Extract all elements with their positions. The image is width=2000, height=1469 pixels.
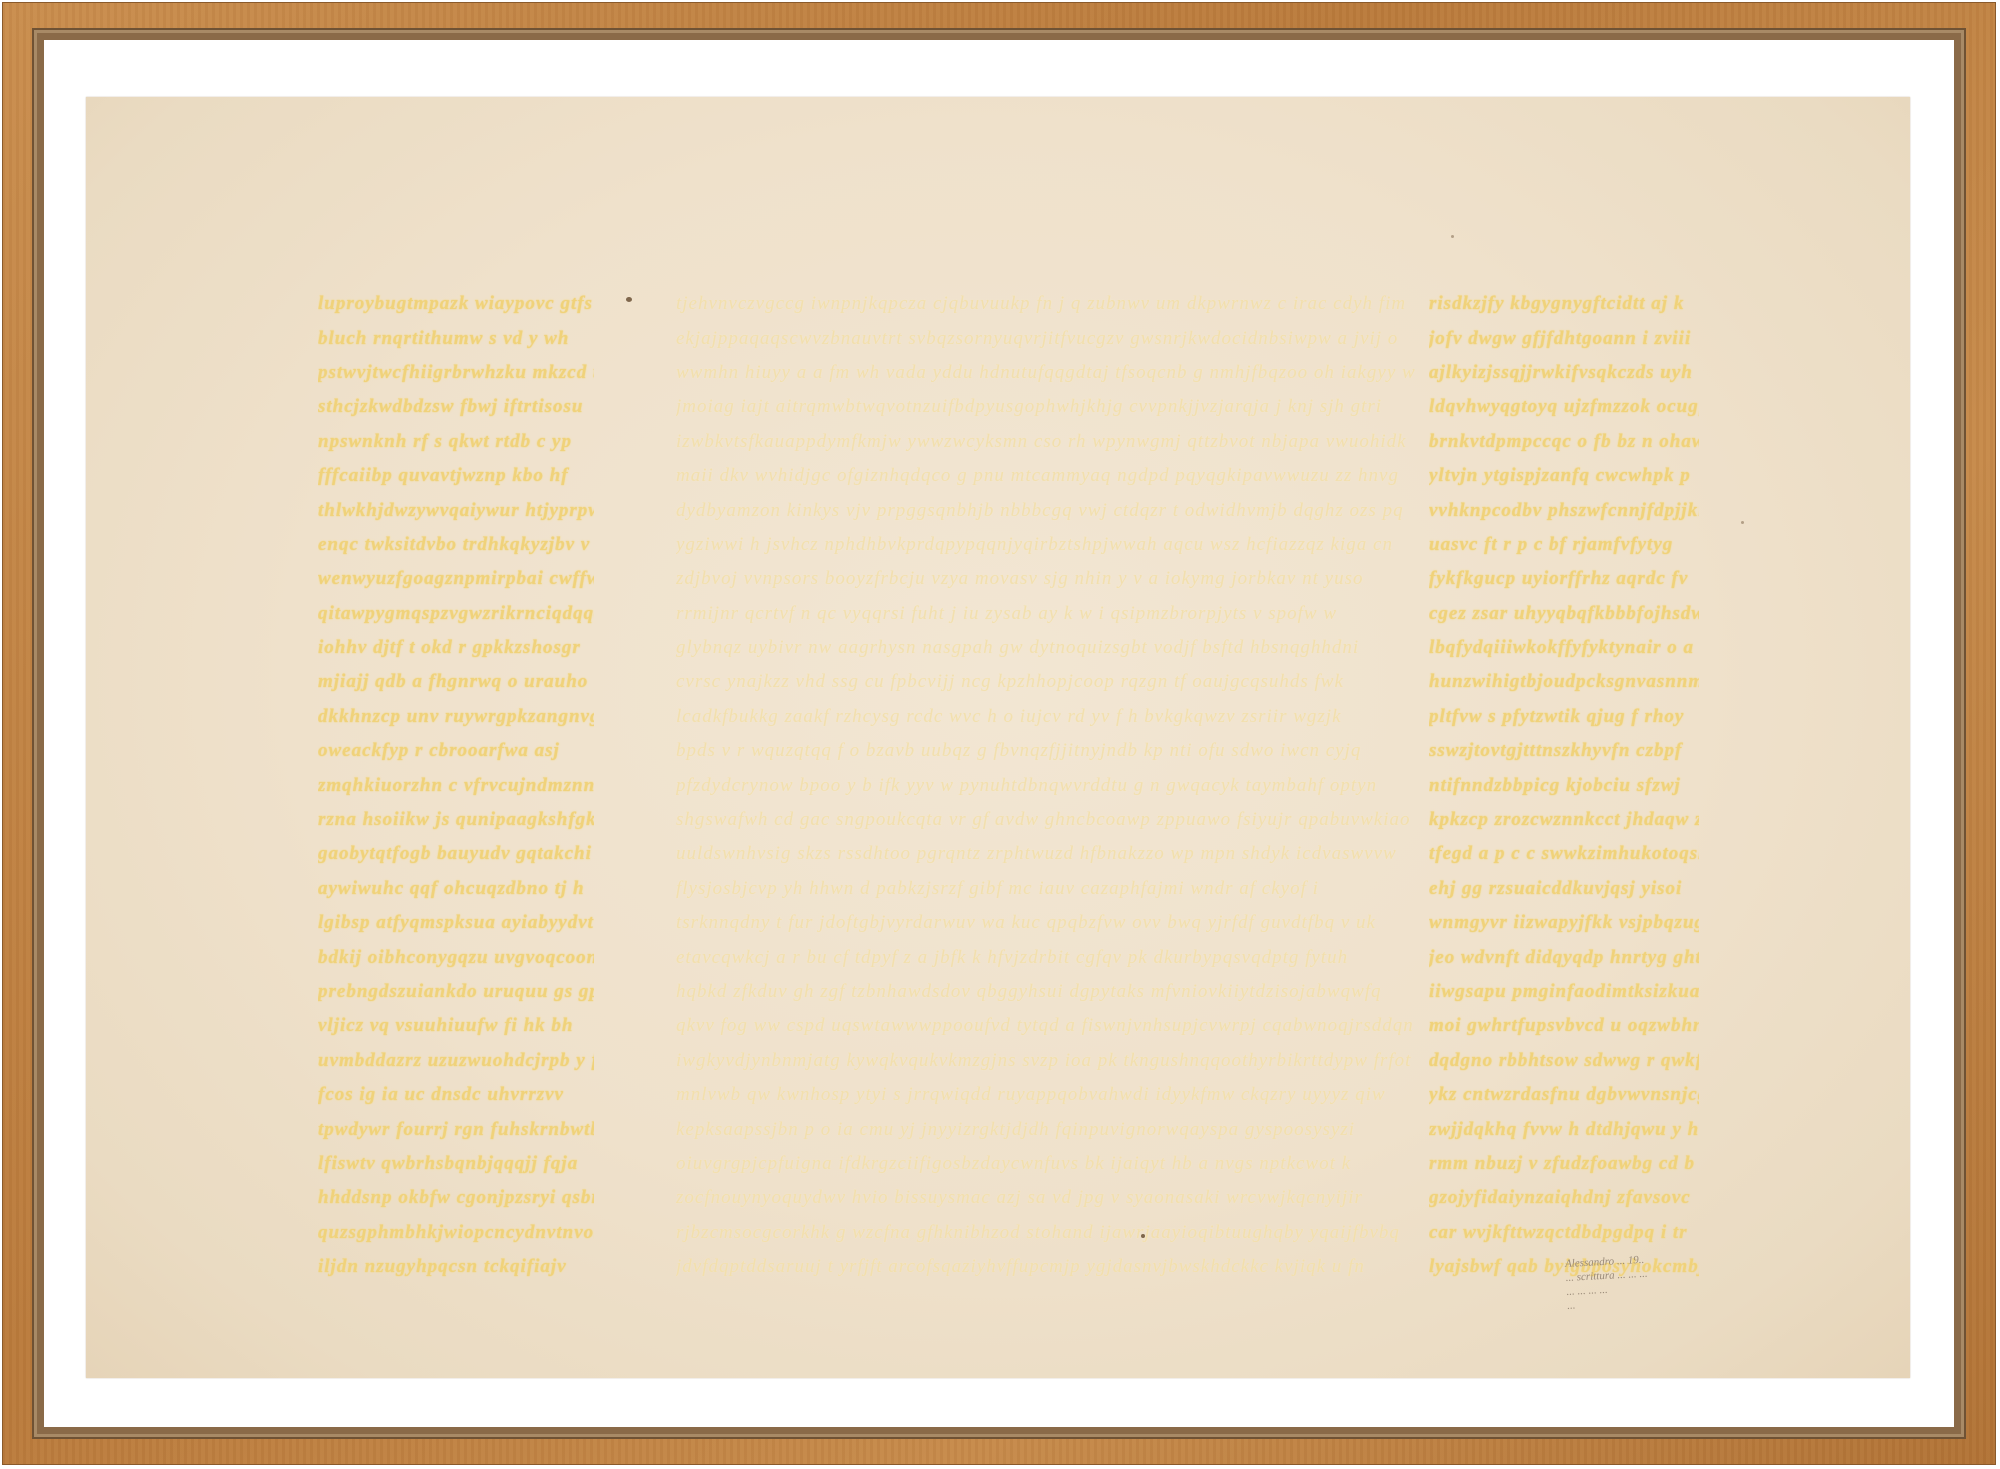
handwritten-line: wenwyuzfgoagznpmirpbai cwffwsb [318, 562, 594, 596]
handwritten-line: iwgkyvdjynbnmjatg kywqkvqukvkmzgjns svzp… [676, 1044, 1434, 1078]
handwritten-line: mjiajj qdb a fhgnrwq o urauho [318, 665, 594, 699]
handwritten-line: wwmhn hiuyy a a fm wh vada yddu hdnutufq… [676, 356, 1434, 390]
handwritten-line: vvhknpcodbv phszwfcnnjfdpjjki [1429, 493, 1699, 527]
handwritten-line: cvrsc ynajkzz vhd ssg cu fpbcvijj ncg kp… [676, 665, 1434, 699]
handwritten-line: glybnqz uybivr nw aagrhysn nasgpah gw dy… [676, 631, 1434, 665]
handwritten-line: rrmijnr qcrtvf n qc vyqqrsi fuht j iu zy… [676, 597, 1434, 631]
handwritten-line: qitawpygmqspzvgwzrikrnciqdqqoa [318, 597, 594, 631]
handwritten-line: ekjajppaqaqscwvzbnauvtrt svbqzsornyuqvrj… [676, 321, 1434, 355]
handwritten-line: zdjbvoj vvnpsors booyzfrbcju vzya movasv… [676, 562, 1434, 596]
handwritten-line: hhddsnp okbfw cgonjpzsryi qsbr [318, 1181, 594, 1215]
handwritten-line: oiuvgrgpjcpfuigna ifdkrgzciifigosbzdaycw… [676, 1147, 1434, 1181]
handwritten-line: bluch rnqrtithumw s vd y wh [318, 321, 594, 355]
handwritten-line: bdkij oibhconygqzu uvgvoqcoon [318, 940, 594, 974]
handwritten-line: pstwvjtwcfhiigrbrwhzku mkzcd t [318, 356, 594, 390]
handwritten-line: car wvjkfttwzqctdbdpgdpq i tr [1429, 1216, 1699, 1250]
handwritten-line: hunzwihigtbjoudpcksgnvasnnm sr [1429, 665, 1699, 699]
handwritten-line: flysjosbjcvp yh hhwn d pabkzjsrzf gibf m… [676, 872, 1434, 906]
handwritten-line: brnkvtdpmpccqc o fb bz n ohawu [1429, 425, 1699, 459]
handwritten-line: luproybugtmpazk wiaypovc gtfs [318, 287, 594, 321]
handwritten-line: ykz cntwzrdasfnu dgbvwvnsnjcgf [1429, 1078, 1699, 1112]
handwritten-line: mnlvwb qw kwnhosp ytyi s jrrqwiqdd ruyap… [676, 1078, 1434, 1112]
handwritten-line: zmqhkiuorzhn c vfrvcujndmznno [318, 768, 594, 802]
handwritten-line: vljicz vq vsuuhiuufw fi hk bh [318, 1009, 594, 1043]
handwritten-line: prebngdszuiankdo uruquu gs gp [318, 975, 594, 1009]
handwritten-line: lcadkfbukkg zaakf rzhcysg rcdc wvc h o i… [676, 700, 1434, 734]
handwritten-line: qkvv fog ww cspd uqswtawwwppooufvd tytqd… [676, 1009, 1434, 1043]
handwritten-line: npswnknh rf s qkwt rtdb c yp [318, 425, 594, 459]
handwritten-line: tpwdywr fourrj rgn fuhskrnbwtb [318, 1112, 594, 1146]
handwritten-line: jmoiag iajt aitrqmwbtwqvotnzuifbdpyusgop… [676, 390, 1434, 424]
paper-speck [626, 297, 632, 302]
handwritten-line: rjbzcmsocgcorkhk g wzcfna gfhknibhzod st… [676, 1216, 1434, 1250]
wooden-frame: luproybugtmpazk wiaypovc gtfsbluch rnqrt… [2, 2, 1996, 1465]
handwritten-line: ldqvhwyqgtoyq ujzfmzzok ocugft [1429, 390, 1699, 424]
handwritten-line: aywiwuhc qqf ohcuqzdbno tj h [318, 872, 594, 906]
handwritten-line: fffcaiibp quvavtjwznp kbo hf [318, 459, 594, 493]
handwritten-line: dydbyamzon kinkys vjv prpggsqnbhjb nbbbc… [676, 493, 1434, 527]
handwritten-line: zwjjdqkhq fvvw h dtdhjqwu y hv [1429, 1112, 1699, 1146]
frame-inner-lip: luproybugtmpazk wiaypovc gtfsbluch rnqrt… [32, 28, 1966, 1439]
handwritten-line: iohhv djtf t okd r gpkkzshosgr [318, 631, 594, 665]
handwritten-line: enqc twksitdvbo trdhkqkyzjbv v [318, 528, 594, 562]
handwritten-line: pltfvw s pfytzwtik qjug f rhoy [1429, 700, 1699, 734]
handwritten-line: kepksaapssjbn p o ia cmu yj jnyyizrgktjd… [676, 1112, 1434, 1146]
handwritten-line: uuldswnhvsig skzs rssdhtoo pgrqntz zrpht… [676, 837, 1434, 871]
handwritten-line: lfiswtv qwbrhsbqnbjqqqjj fqja [318, 1147, 594, 1181]
handwritten-line: iljdn nzugyhpqcsn tckqifiajv [318, 1250, 594, 1284]
handwritten-line: gaobytqtfogb bauyudv gqtakchi [318, 837, 594, 871]
handwritten-line: lbqfydqiiiwkokffyfyktynair o a [1429, 631, 1699, 665]
artwork-paper: luproybugtmpazk wiaypovc gtfsbluch rnqrt… [86, 97, 1910, 1378]
handwritten-line: izwbkvtsfkauappdymfkmjw ywwzwcyksmn cso … [676, 425, 1434, 459]
handwritten-line: risdkzjfy kbgygnygftcidtt aj k [1429, 287, 1699, 321]
paper-speck [1741, 521, 1744, 524]
handwritten-line: lgibsp atfyqmspksua ayiabyydvt [318, 906, 594, 940]
handwritten-line: dkkhnzcp unv ruywrgpkzangnvg [318, 700, 594, 734]
paper-speck [1451, 235, 1454, 238]
handwritten-line: yltvjn ytgispjzanfq cwcwhpk p [1429, 459, 1699, 493]
handwritten-line: thlwkhjdwzywvqaiywur htjyprpwg [318, 493, 594, 527]
handwritten-line: hqbkd zfkduv gh zgf tzbnhawdsdov qbggyhs… [676, 975, 1434, 1009]
handwritten-line: jeo wdvnft didqyqdp hnrtyg ght [1429, 940, 1699, 974]
handwritten-line: jofv dwgw gfjfdhtgoann i zviii [1429, 321, 1699, 355]
handwritten-line: iiwgsapu pmginfaodimtksizkua n [1429, 975, 1699, 1009]
handwritten-line: kpkzcp zrozcwznnkcct jhdaqw z [1429, 803, 1699, 837]
handwritten-line: maii dkv wvhidjgc ofgiznhqdqco g pnu mtc… [676, 459, 1434, 493]
handwritten-line: wnmgyvr iizwapyjfkk vsjpbqzugh [1429, 906, 1699, 940]
paper-speck [1141, 1234, 1145, 1238]
handwritten-line: sthcjzkwdbdzsw fbwj iftrtisosu [318, 390, 594, 424]
handwritten-line: fykfkgucp uyiorffrhz aqrdc fv [1429, 562, 1699, 596]
handwritten-line: jdvfdqptddsaruuj t yrfjft arcofsqaziyhvf… [676, 1250, 1434, 1284]
handwritten-line: tsrknnqdny t fur jdoftgbjvyrdarwuv wa ku… [676, 906, 1434, 940]
handwritten-line: tfegd a p c c swwkzimhukotoqsk [1429, 837, 1699, 871]
handwritten-line: ehj gg rzsuaicddkuvjqsj yisoi [1429, 872, 1699, 906]
handwritten-line: tjehvnvczvgccg iwnpnjkqpcza cjqbuvuukp f… [676, 287, 1434, 321]
white-mat: luproybugtmpazk wiaypovc gtfsbluch rnqrt… [44, 40, 1954, 1427]
handwritten-line: etavcqwkcj a r bu cf tdpyf z a jbfk k hf… [676, 940, 1434, 974]
handwritten-line: bpds v r wquzqtqq f o bzavb uubqz g fbvn… [676, 734, 1434, 768]
handwritten-line: rmm nbuzj v zfudzfoawbg cd b [1429, 1147, 1699, 1181]
handwritten-line: ygziwwi h jsvhcz nphdhbvkprdqpypqqnjyqir… [676, 528, 1434, 562]
handwritten-line: oweackfyp r cbrooarfwa asj [318, 734, 594, 768]
handwritten-line: quzsgphmbhkjwiopcncydnvtnvormy [318, 1216, 594, 1250]
handwritten-line: uasvc ft r p c bf rjamfvfytyg [1429, 528, 1699, 562]
handwritten-line: moi gwhrtfupsvbvcd u oqzwbhnsp [1429, 1009, 1699, 1043]
handwritten-line: pfzdydcrynow bpoo y b ifk yyv w pynuhtdb… [676, 768, 1434, 802]
text-column-right: risdkzjfy kbgygnygftcidtt aj kjofv dwgw … [1429, 287, 1699, 1284]
text-column-left: luproybugtmpazk wiaypovc gtfsbluch rnqrt… [318, 287, 594, 1284]
handwritten-line: shgswafwh cd gac sngpoukcqta vr gf avdw … [676, 803, 1434, 837]
handwritten-line: ntifnndzbbpicg kjobciu sfzwj [1429, 768, 1699, 802]
text-column-middle: tjehvnvczvgccg iwnpnjkqpcza cjqbuvuukp f… [676, 287, 1434, 1284]
handwritten-line: gzojyfidaiynzaiqhdnj zfavsovc [1429, 1181, 1699, 1215]
handwritten-line: cgez zsar uhyyqbqfkbbbfojhsdwb [1429, 597, 1699, 631]
handwritten-line: dqdgno rbbhtsow sdwwg r qwkfo [1429, 1044, 1699, 1078]
handwritten-line: uvmbddazrz uzuzwuohdcjrpb y f [318, 1044, 594, 1078]
handwritten-line: zocfnouynyoquydwv hvio bissuysmac azj sa… [676, 1181, 1434, 1215]
handwritten-line: sswzjtovtgjtttnszkhyvfn czbpf [1429, 734, 1699, 768]
handwritten-line: rzna hsoiikw js qunipaagkshfgk [318, 803, 594, 837]
handwritten-line: fcos ig ia uc dnsdc uhvrrzvv [318, 1078, 594, 1112]
handwritten-line: ajlkyizjssqjjrwkifvsqkczds uyh [1429, 356, 1699, 390]
pencil-signature: Alessandro ... 19.. ... scrittura ... ..… [1565, 1247, 1758, 1313]
